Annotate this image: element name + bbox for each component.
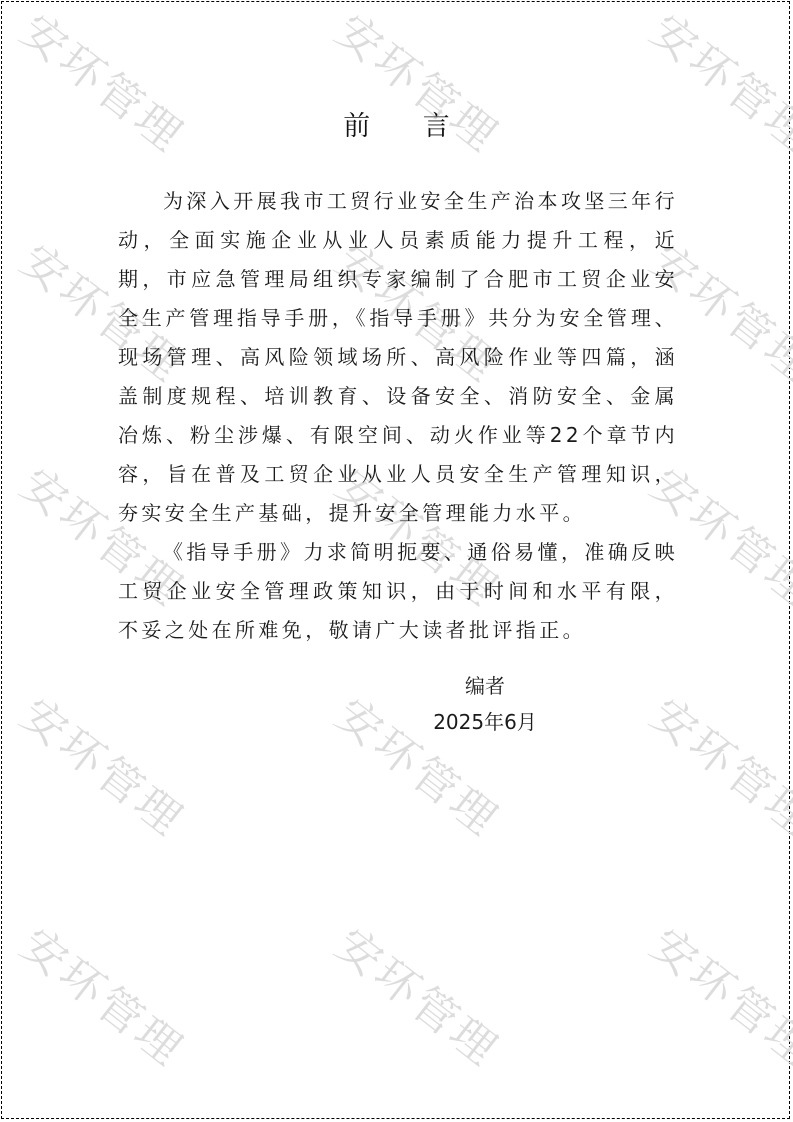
- signature-author: 编者: [430, 668, 540, 704]
- signature-block: 编者 2025年6月: [430, 668, 540, 740]
- preface-body: 为深入开展我市工贸行业安全生产治本攻坚三年行动，全面实施企业从业人员素质能力提升…: [118, 182, 678, 650]
- page-title: 前 言: [0, 104, 793, 143]
- preface-paragraph-1: 为深入开展我市工贸行业安全生产治本攻坚三年行动，全面实施企业从业人员素质能力提升…: [118, 182, 678, 533]
- document-content: 前 言 为深入开展我市工贸行业安全生产治本攻坚三年行动，全面实施企业从业人员素质…: [0, 0, 793, 1122]
- preface-paragraph-2: 《指导手册》力求简明扼要、通俗易懂，准确反映工贸企业安全管理政策知识，由于时间和…: [118, 533, 678, 650]
- signature-date: 2025年6月: [430, 704, 540, 740]
